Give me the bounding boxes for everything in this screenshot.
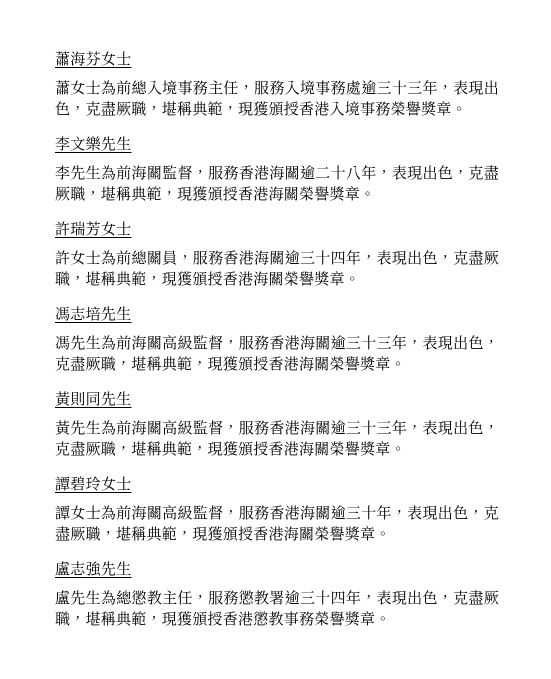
recipient-citation: 盧先生為總懲教主任，服務懲教署逾三十四年，表現出色，克盡厥職，堪稱典範，現獲頒授… [55, 589, 499, 631]
recipient-citation: 黃先生為前海關高級監督，服務香港海關逾三十三年，表現出色，克盡厥職，堪稱典範，現… [55, 419, 499, 461]
recipient-citation: 譚女士為前海關高級監督，服務香港海關逾三十年，表現出色，克盡厥職，堪稱典範，現獲… [55, 504, 499, 546]
recipient-section: 李文樂先生 李先生為前海關監督，服務香港海關逾二十八年，表現出色，克盡厥職，堪稱… [55, 135, 499, 206]
recipient-name-heading: 蕭海芬女士 [55, 50, 499, 71]
recipient-citation: 李先生為前海關監督，服務香港海關逾二十八年，表現出色，克盡厥職，堪稱典範，現獲頒… [55, 164, 499, 206]
recipient-name-heading: 黃則同先生 [55, 390, 499, 411]
recipient-section: 譚碧玲女士 譚女士為前海關高級監督，服務香港海關逾三十年，表現出色，克盡厥職，堪… [55, 475, 499, 546]
recipient-name-heading: 李文樂先生 [55, 135, 499, 156]
recipient-name-heading: 馮志培先生 [55, 305, 499, 326]
recipient-section: 許瑞芳女士 許女士為前總關員，服務香港海關逾三十四年，表現出色，克盡厥職，堪稱典… [55, 220, 499, 291]
recipient-name-heading: 盧志強先生 [55, 560, 499, 581]
recipient-section: 黃則同先生 黃先生為前海關高級監督，服務香港海關逾三十三年，表現出色，克盡厥職，… [55, 390, 499, 461]
recipient-section: 蕭海芬女士 蕭女士為前總入境事務主任，服務入境事務處逾三十三年，表現出色，克盡厥… [55, 50, 499, 121]
recipient-name-heading: 譚碧玲女士 [55, 475, 499, 496]
recipient-citation: 馮先生為前海關高級監督，服務香港海關逾三十三年，表現出色，克盡厥職，堪稱典範，現… [55, 334, 499, 376]
recipient-citation: 許女士為前總關員，服務香港海關逾三十四年，表現出色，克盡厥職，堪稱典範，現獲頒授… [55, 249, 499, 291]
recipient-name-heading: 許瑞芳女士 [55, 220, 499, 241]
document-page: 蕭海芬女士 蕭女士為前總入境事務主任，服務入境事務處逾三十三年，表現出色，克盡厥… [0, 0, 551, 631]
recipient-section: 盧志強先生 盧先生為總懲教主任，服務懲教署逾三十四年，表現出色，克盡厥職，堪稱典… [55, 560, 499, 631]
recipient-citation: 蕭女士為前總入境事務主任，服務入境事務處逾三十三年，表現出色，克盡厥職，堪稱典範… [55, 79, 499, 121]
recipient-section: 馮志培先生 馮先生為前海關高級監督，服務香港海關逾三十三年，表現出色，克盡厥職，… [55, 305, 499, 376]
